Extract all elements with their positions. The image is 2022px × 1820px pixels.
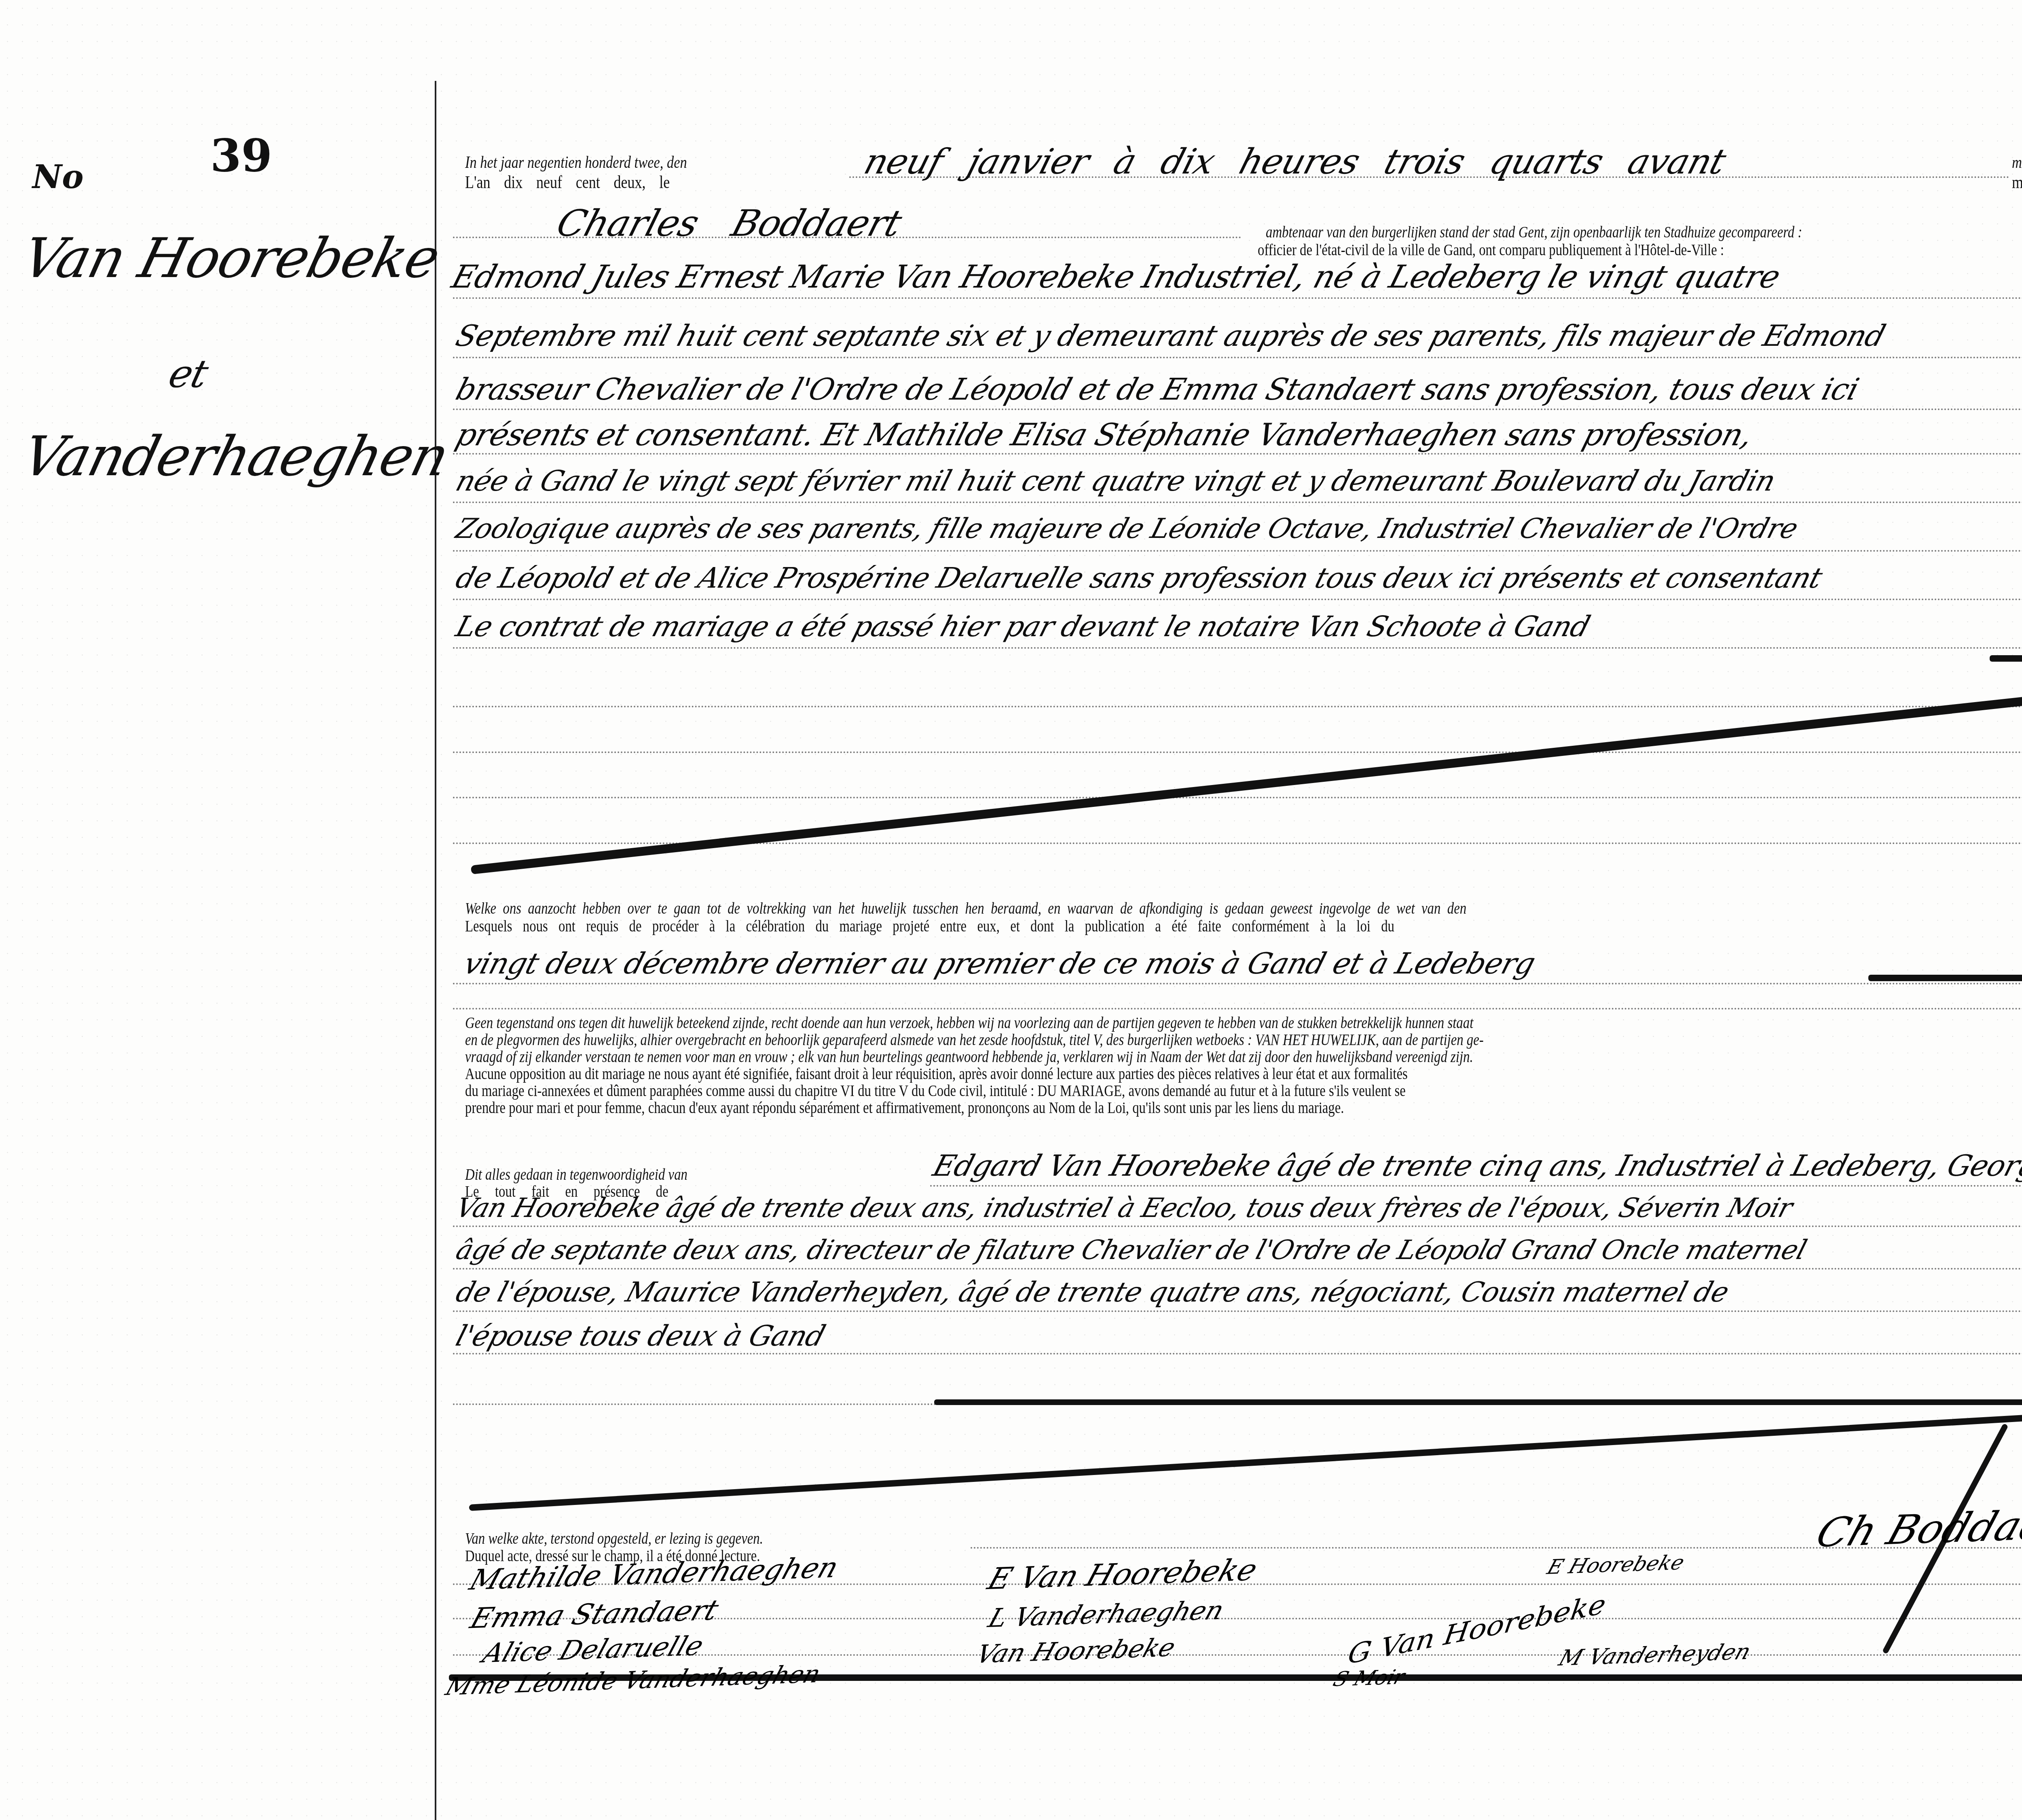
signature: E Hoorebeke	[1544, 1551, 1687, 1579]
party-line: Le contrat de mariage a été passé hier p…	[452, 610, 1593, 643]
header-nl-year: In het jaar negentien honderd twee, den	[465, 153, 687, 172]
witness-line: l'épouse tous deux à Gand	[452, 1319, 829, 1352]
header-fr-officer: officier de l'état-civil de la ville de …	[1258, 240, 1724, 259]
party-line: Edmond Jules Ernest Marie Van Hoorebeke …	[448, 259, 1784, 295]
fill-bar	[1868, 975, 2022, 981]
rule-line	[453, 1008, 2022, 1009]
closing-nl: Van welke akte, terstond opgesteld, er l…	[465, 1529, 763, 1548]
witnesses-nl: Dit alles gedaan in tegenwoordigheid van	[465, 1165, 687, 1184]
rule-line	[453, 502, 2022, 503]
party-line: Zoologique auprès de ses parents, fille …	[453, 513, 1801, 545]
witness-line: âgé de septante deux ans, directeur de f…	[453, 1234, 1810, 1266]
rule-line	[453, 1353, 2022, 1354]
party-line: présents et consentant. Et Mathilde Elis…	[452, 417, 1757, 453]
declaration-nl-line: vraagd of zij elkander verstaan te nemen…	[465, 1047, 1473, 1066]
hand-officer: Charles Boddaert	[552, 202, 906, 245]
header-nl-officer: ambtenaar van den burgerlijken stand der…	[1266, 222, 1802, 241]
publication-nl: Welke ons aanzocht hebben over te gaan t…	[465, 899, 1466, 918]
declaration-fr-line: prendre pour mari et pour femme, chacun …	[465, 1098, 1344, 1117]
party-line: brasseur Chevalier de l'Ordre de Léopold…	[452, 372, 1863, 407]
signature: S Moir	[1330, 1665, 1408, 1691]
rule-line	[453, 751, 2022, 753]
fill-bar	[1990, 655, 2022, 662]
rule-line	[453, 357, 2022, 358]
party-line: née à Gand le vingt sept février mil hui…	[452, 464, 1779, 497]
header-fr-time: midi, devant nous	[2012, 172, 2022, 193]
rule-line	[453, 599, 2022, 600]
fill-bar	[934, 1399, 2022, 1405]
declaration-fr-line: du mariage ci-annexées et dûment paraphé…	[465, 1081, 1406, 1100]
party-line: de Léopold et de Alice Prospérine Delaru…	[452, 561, 1826, 595]
margin-groom-surname: Van Hoorebeke	[16, 226, 445, 290]
rule-line	[453, 297, 2022, 299]
rule-line	[453, 983, 2022, 984]
rule-line	[453, 1225, 2022, 1227]
party-line: Septembre mil huit cent septante six et …	[452, 319, 1889, 353]
rule-line	[453, 797, 2022, 798]
hand-date: neuf janvier à dix heures trois quarts a…	[860, 142, 1730, 182]
publication-hand: vingt deux décembre dernier au premier d…	[460, 946, 1539, 980]
signature-officer: Ch Boddaert	[1810, 1500, 2022, 1556]
publication-fr: Lesquels nous ont requis de procéder à l…	[465, 916, 1394, 935]
declaration-nl-line: Geen tegenstand ons tegen dit huwelijk b…	[465, 1013, 1473, 1032]
rule-line	[453, 550, 2022, 552]
rule-line	[453, 453, 2022, 455]
form-frame-left	[435, 81, 436, 1820]
document-page: No 39 Van Hoorebeke et Vanderhaeghen In …	[0, 0, 2022, 1820]
witness-line: de l'épouse, Maurice Vanderheyden, âgé d…	[453, 1276, 1732, 1308]
record-number: 39	[210, 129, 272, 182]
header-fr-year: L'an dix neuf cent deux, le	[465, 172, 670, 193]
rule-line	[453, 647, 2022, 649]
record-number-label: No	[32, 158, 83, 196]
witness-line: Edgard Van Hoorebeke âgé de trente cinq …	[929, 1149, 2022, 1183]
rule-line	[453, 1268, 2022, 1270]
declaration-fr-line: Aucune opposition au dit mariage ne nous…	[465, 1064, 1408, 1083]
margin-bride-surname: Vanderhaeghen	[16, 425, 455, 488]
witness-line: Van Hoorebeke âgé de trente deux ans, in…	[453, 1192, 1796, 1223]
header-nl-time: middag, voor ons	[2012, 153, 2022, 172]
rule-line	[453, 706, 2022, 707]
declaration-nl-line: en de plegvormen des huwelijks, alhier o…	[465, 1030, 1484, 1049]
rule-line	[453, 1310, 2022, 1312]
rule-line	[453, 408, 2022, 410]
rule-line	[930, 1185, 2022, 1187]
